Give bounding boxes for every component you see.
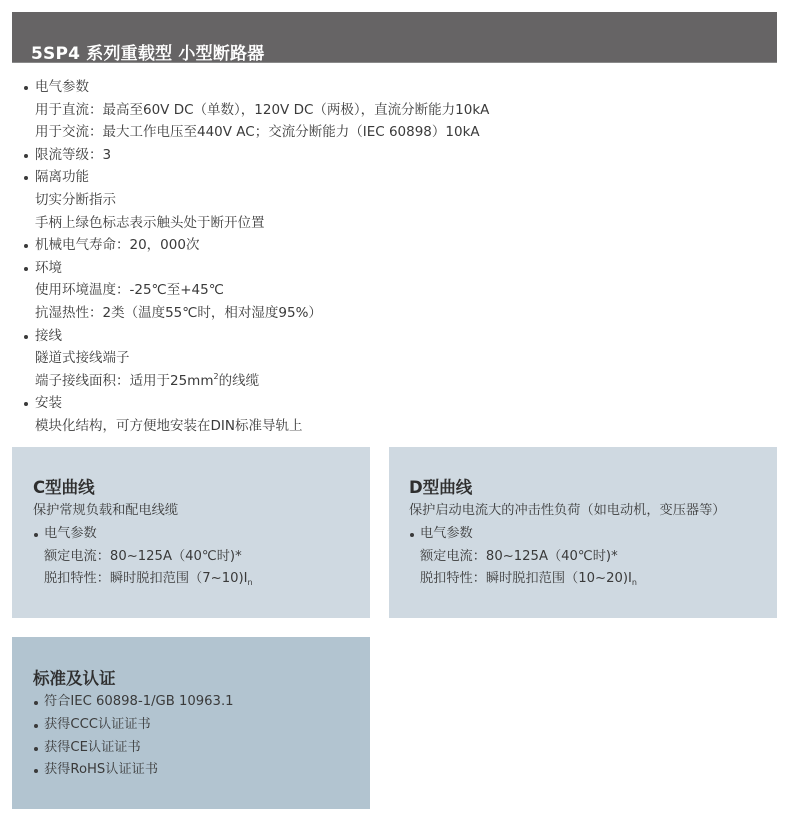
d-curve-rated-current: 额定电流：80~125A（40℃时)*: [409, 546, 726, 569]
spec-isolation-line2: 手柄上绿色标志表示触头处于断开位置: [22, 212, 489, 235]
standards-item: 获得RoHS认证证书: [33, 759, 234, 782]
spec-wiring-area-prefix: 端子接线面积：适用于25mm: [35, 373, 213, 389]
c-curve-panel: C型曲线 保护常规负载和配电线缆 电气参数 额定电流：80~125A（40℃时)…: [12, 447, 370, 618]
standards-item: 获得CE认证证书: [33, 737, 234, 760]
c-curve-trip-characteristic: 脱扣特性：瞬时脱扣范围（7~10)In: [33, 568, 253, 591]
spec-electrical-dc: 用于直流：最高至60V DC（单数），120V DC（两极），直流分断能力10k…: [22, 99, 489, 122]
standards-item: 获得CCC认证证书: [33, 714, 234, 737]
c-curve-trip-subscript: n: [248, 578, 253, 587]
d-curve-trip-subscript: n: [632, 578, 637, 587]
spec-isolation-line1: 切实分断指示: [22, 189, 489, 212]
spec-mounting-line1: 模块化结构，可方便地安装在DIN标准导轨上: [22, 415, 489, 438]
spec-environment-label: 环境: [22, 257, 489, 280]
c-curve-rated-current: 额定电流：80~125A（40℃时)*: [33, 546, 253, 569]
spec-environment-humidity: 抗湿热性：2类（温度55℃时，相对湿度95%）: [22, 302, 489, 325]
spec-wiring-terminal: 隧道式接线端子: [22, 347, 489, 370]
d-curve-trip-text: 脱扣特性：瞬时脱扣范围（10~20)I: [420, 571, 632, 586]
spec-electrical-ac: 用于交流：最大工作电压至440V AC；交流分断能力（IEC 60898）10k…: [22, 121, 489, 144]
d-curve-panel: D型曲线 保护启动电流大的冲击性负荷（如电动机，变压器等） 电气参数 额定电流：…: [389, 447, 777, 618]
d-curve-subtitle: 保护启动电流大的冲击性负荷（如电动机，变压器等）: [409, 500, 726, 523]
c-curve-trip-text: 脱扣特性：瞬时脱扣范围（7~10)I: [44, 571, 248, 586]
standards-title: 标准及认证: [33, 667, 234, 691]
spec-wiring-area-suffix: 的线缆: [219, 373, 260, 389]
page-title: 5SP4 系列重载型 小型断路器: [31, 39, 264, 64]
c-curve-electrical-label: 电气参数: [33, 523, 253, 546]
c-curve-title: C型曲线: [33, 476, 253, 500]
c-curve-subtitle: 保护常规负载和配电线缆: [33, 500, 253, 523]
spec-list: 电气参数 用于直流：最高至60V DC（单数），120V DC（两极），直流分断…: [22, 76, 489, 438]
standards-item: 符合IEC 60898-1/GB 10963.1: [33, 691, 234, 714]
page-header: 5SP4 系列重载型 小型断路器: [12, 12, 777, 63]
spec-limiting-class: 限流等级：3: [22, 144, 489, 167]
spec-electrical-label: 电气参数: [22, 76, 489, 99]
spec-mounting-label: 安装: [22, 392, 489, 415]
d-curve-title: D型曲线: [409, 476, 726, 500]
spec-isolation-label: 隔离功能: [22, 166, 489, 189]
standards-panel: 标准及认证 符合IEC 60898-1/GB 10963.1 获得CCC认证证书…: [12, 637, 370, 809]
spec-wiring-area: 端子接线面积：适用于25mm2的线缆: [22, 370, 489, 393]
spec-life: 机械电气寿命：20，000次: [22, 234, 489, 257]
d-curve-trip-characteristic: 脱扣特性：瞬时脱扣范围（10~20)In: [409, 568, 726, 591]
spec-environment-temperature: 使用环境温度：-25℃至+45℃: [22, 279, 489, 302]
spec-wiring-label: 接线: [22, 325, 489, 348]
d-curve-electrical-label: 电气参数: [409, 523, 726, 546]
